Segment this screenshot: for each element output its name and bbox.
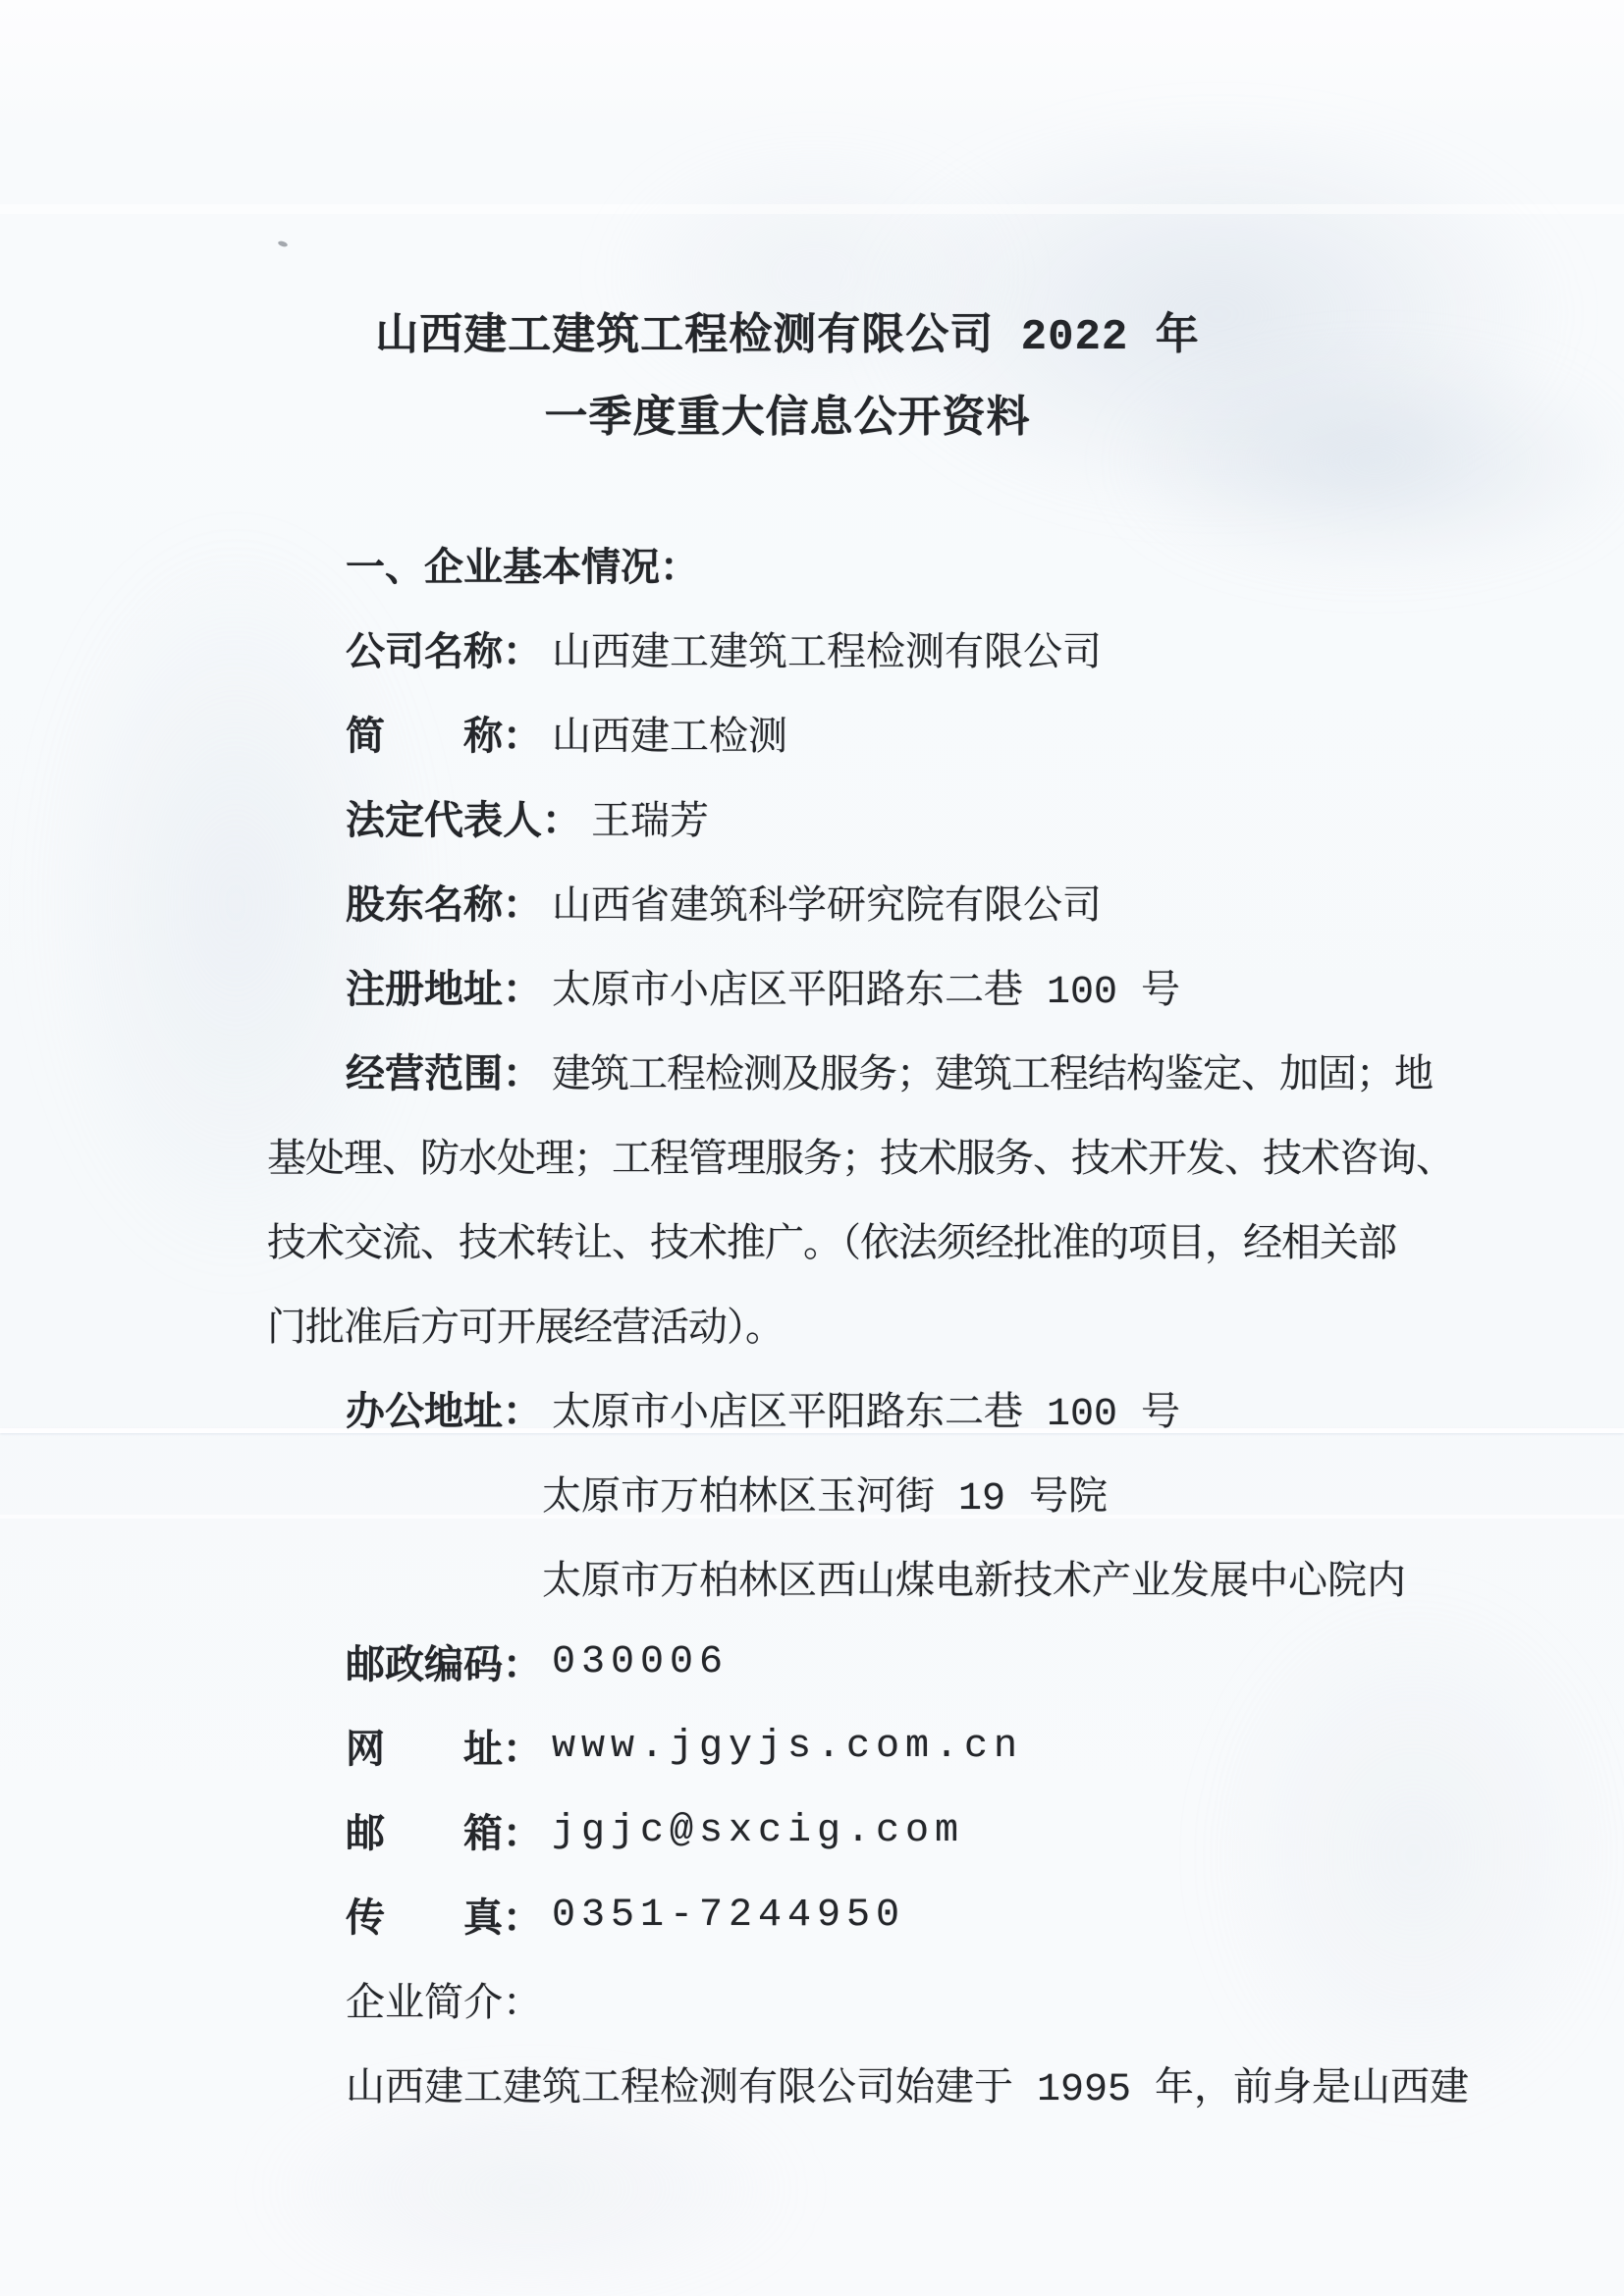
title-line-2: 一季度重大信息公开资料 (267, 379, 1308, 461)
field-label: 注册地址 (346, 958, 503, 1015)
label-colon: ： (503, 1887, 542, 1944)
label-char: 网 (346, 1718, 385, 1775)
section-heading: 一、企业基本情况： (267, 522, 1494, 607)
document-page: 山西建工建筑工程检测有限公司 2022 年 一季度重大信息公开资料 一、企业基本… (0, 0, 1624, 2296)
field-label: 简称 (346, 705, 503, 762)
office-address-line-3: 太原市万柏林区西山煤电新技术产业发展中心院内 (267, 1535, 1494, 1620)
title-line-1: 山西建工建筑工程检测有限公司 2022 年 (267, 296, 1308, 379)
label-char: 传 (346, 1887, 385, 1944)
field-value: jgjc@sxcig.com (552, 1809, 964, 1853)
label-colon: ： (503, 958, 542, 1015)
label-char: 称 (463, 705, 503, 762)
field-value: 太原市小店区平阳路东二巷 100 号 (552, 958, 1180, 1015)
document-body: 一、企业基本情况： 公司名称：山西建工建筑工程检测有限公司 简称：山西建工检测 … (267, 522, 1494, 2126)
label-text: 公司名称 (346, 620, 503, 677)
label-colon: ： (503, 1633, 542, 1690)
field-value: 0351-7244950 (552, 1894, 905, 1938)
profile-heading: 企业简介： (267, 1957, 1494, 2042)
label-text: 经营范围 (346, 1042, 503, 1099)
field-label: 网址 (346, 1718, 503, 1775)
field-label: 传真 (346, 1887, 503, 1944)
field-label: 办公地址 (346, 1380, 503, 1437)
field-label: 股东名称 (346, 874, 503, 931)
business-scope-line-3: 技术交流、技术转让、技术推广。（依法须经批准的项目，经相关部 (267, 1198, 1494, 1282)
label-char: 邮 (346, 1802, 385, 1859)
business-scope-line-1: 建筑工程检测及服务；建筑工程结构鉴定、加固；地 (552, 1042, 1433, 1099)
scan-speck (277, 240, 288, 248)
label-text: 法定代表人 (346, 789, 542, 846)
scan-streak (0, 204, 1624, 214)
field-label: 经营范围 (346, 1042, 503, 1099)
label-colon: ： (503, 1802, 542, 1859)
label-colon: ： (503, 705, 542, 762)
label-char: 简 (346, 705, 385, 762)
field-value: 王瑞芳 (591, 789, 709, 846)
field-legal-representative: 法定代表人：王瑞芳 (267, 775, 1494, 860)
field-registered-address: 注册地址：太原市小店区平阳路东二巷 100 号 (267, 944, 1494, 1029)
field-value: 山西建工检测 (552, 705, 787, 762)
field-fax: 传真：0351-7244950 (267, 1873, 1494, 1957)
field-business-scope: 经营范围：建筑工程检测及服务；建筑工程结构鉴定、加固；地 (267, 1029, 1494, 1113)
field-label: 法定代表人 (346, 789, 542, 846)
field-value: www.jgyjs.com.cn (552, 1725, 1023, 1769)
label-char: 箱 (463, 1802, 503, 1859)
label-colon: ： (503, 874, 542, 931)
business-scope-line-4: 门批准后方可开展经营活动）。 (267, 1282, 1494, 1366)
label-text: 邮政编码 (346, 1633, 503, 1690)
field-email: 邮箱：jgjc@sxcig.com (267, 1789, 1494, 1873)
label-colon: ： (542, 789, 581, 846)
label-text: 办公地址 (346, 1380, 503, 1437)
office-address-line-1: 太原市小店区平阳路东二巷 100 号 (552, 1380, 1180, 1437)
business-scope-line-2: 基处理、防水处理；工程管理服务；技术服务、技术开发、技术咨询、 (267, 1113, 1494, 1198)
label-colon: ： (503, 1380, 542, 1437)
office-address-line-2: 太原市万柏林区玉河街 19 号院 (267, 1451, 1494, 1535)
field-website: 网址：www.jgyjs.com.cn (267, 1704, 1494, 1789)
field-value: 山西省建筑科学研究院有限公司 (552, 874, 1102, 931)
field-value: 山西建工建筑工程检测有限公司 (552, 620, 1102, 677)
field-postal-code: 邮政编码：030006 (267, 1620, 1494, 1704)
field-label: 邮箱 (346, 1802, 503, 1859)
field-label: 邮政编码 (346, 1633, 503, 1690)
label-colon: ： (503, 1718, 542, 1775)
field-short-name: 简称：山西建工检测 (267, 691, 1494, 775)
label-char: 真 (463, 1887, 503, 1944)
profile-line-1: 山西建工建筑工程检测有限公司始建于 1995 年，前身是山西建 (267, 2042, 1494, 2126)
document-title: 山西建工建筑工程检测有限公司 2022 年 一季度重大信息公开资料 (267, 296, 1308, 461)
field-office-address: 办公地址：太原市小店区平阳路东二巷 100 号 (267, 1366, 1494, 1451)
label-char: 址 (463, 1718, 503, 1775)
field-label: 公司名称 (346, 620, 503, 677)
label-text: 股东名称 (346, 874, 503, 931)
field-shareholder-name: 股东名称：山西省建筑科学研究院有限公司 (267, 860, 1494, 944)
field-company-name: 公司名称：山西建工建筑工程检测有限公司 (267, 607, 1494, 691)
label-text: 注册地址 (346, 958, 503, 1015)
label-colon: ： (503, 1042, 542, 1099)
field-value: 030006 (552, 1640, 729, 1684)
label-colon: ： (503, 620, 542, 677)
